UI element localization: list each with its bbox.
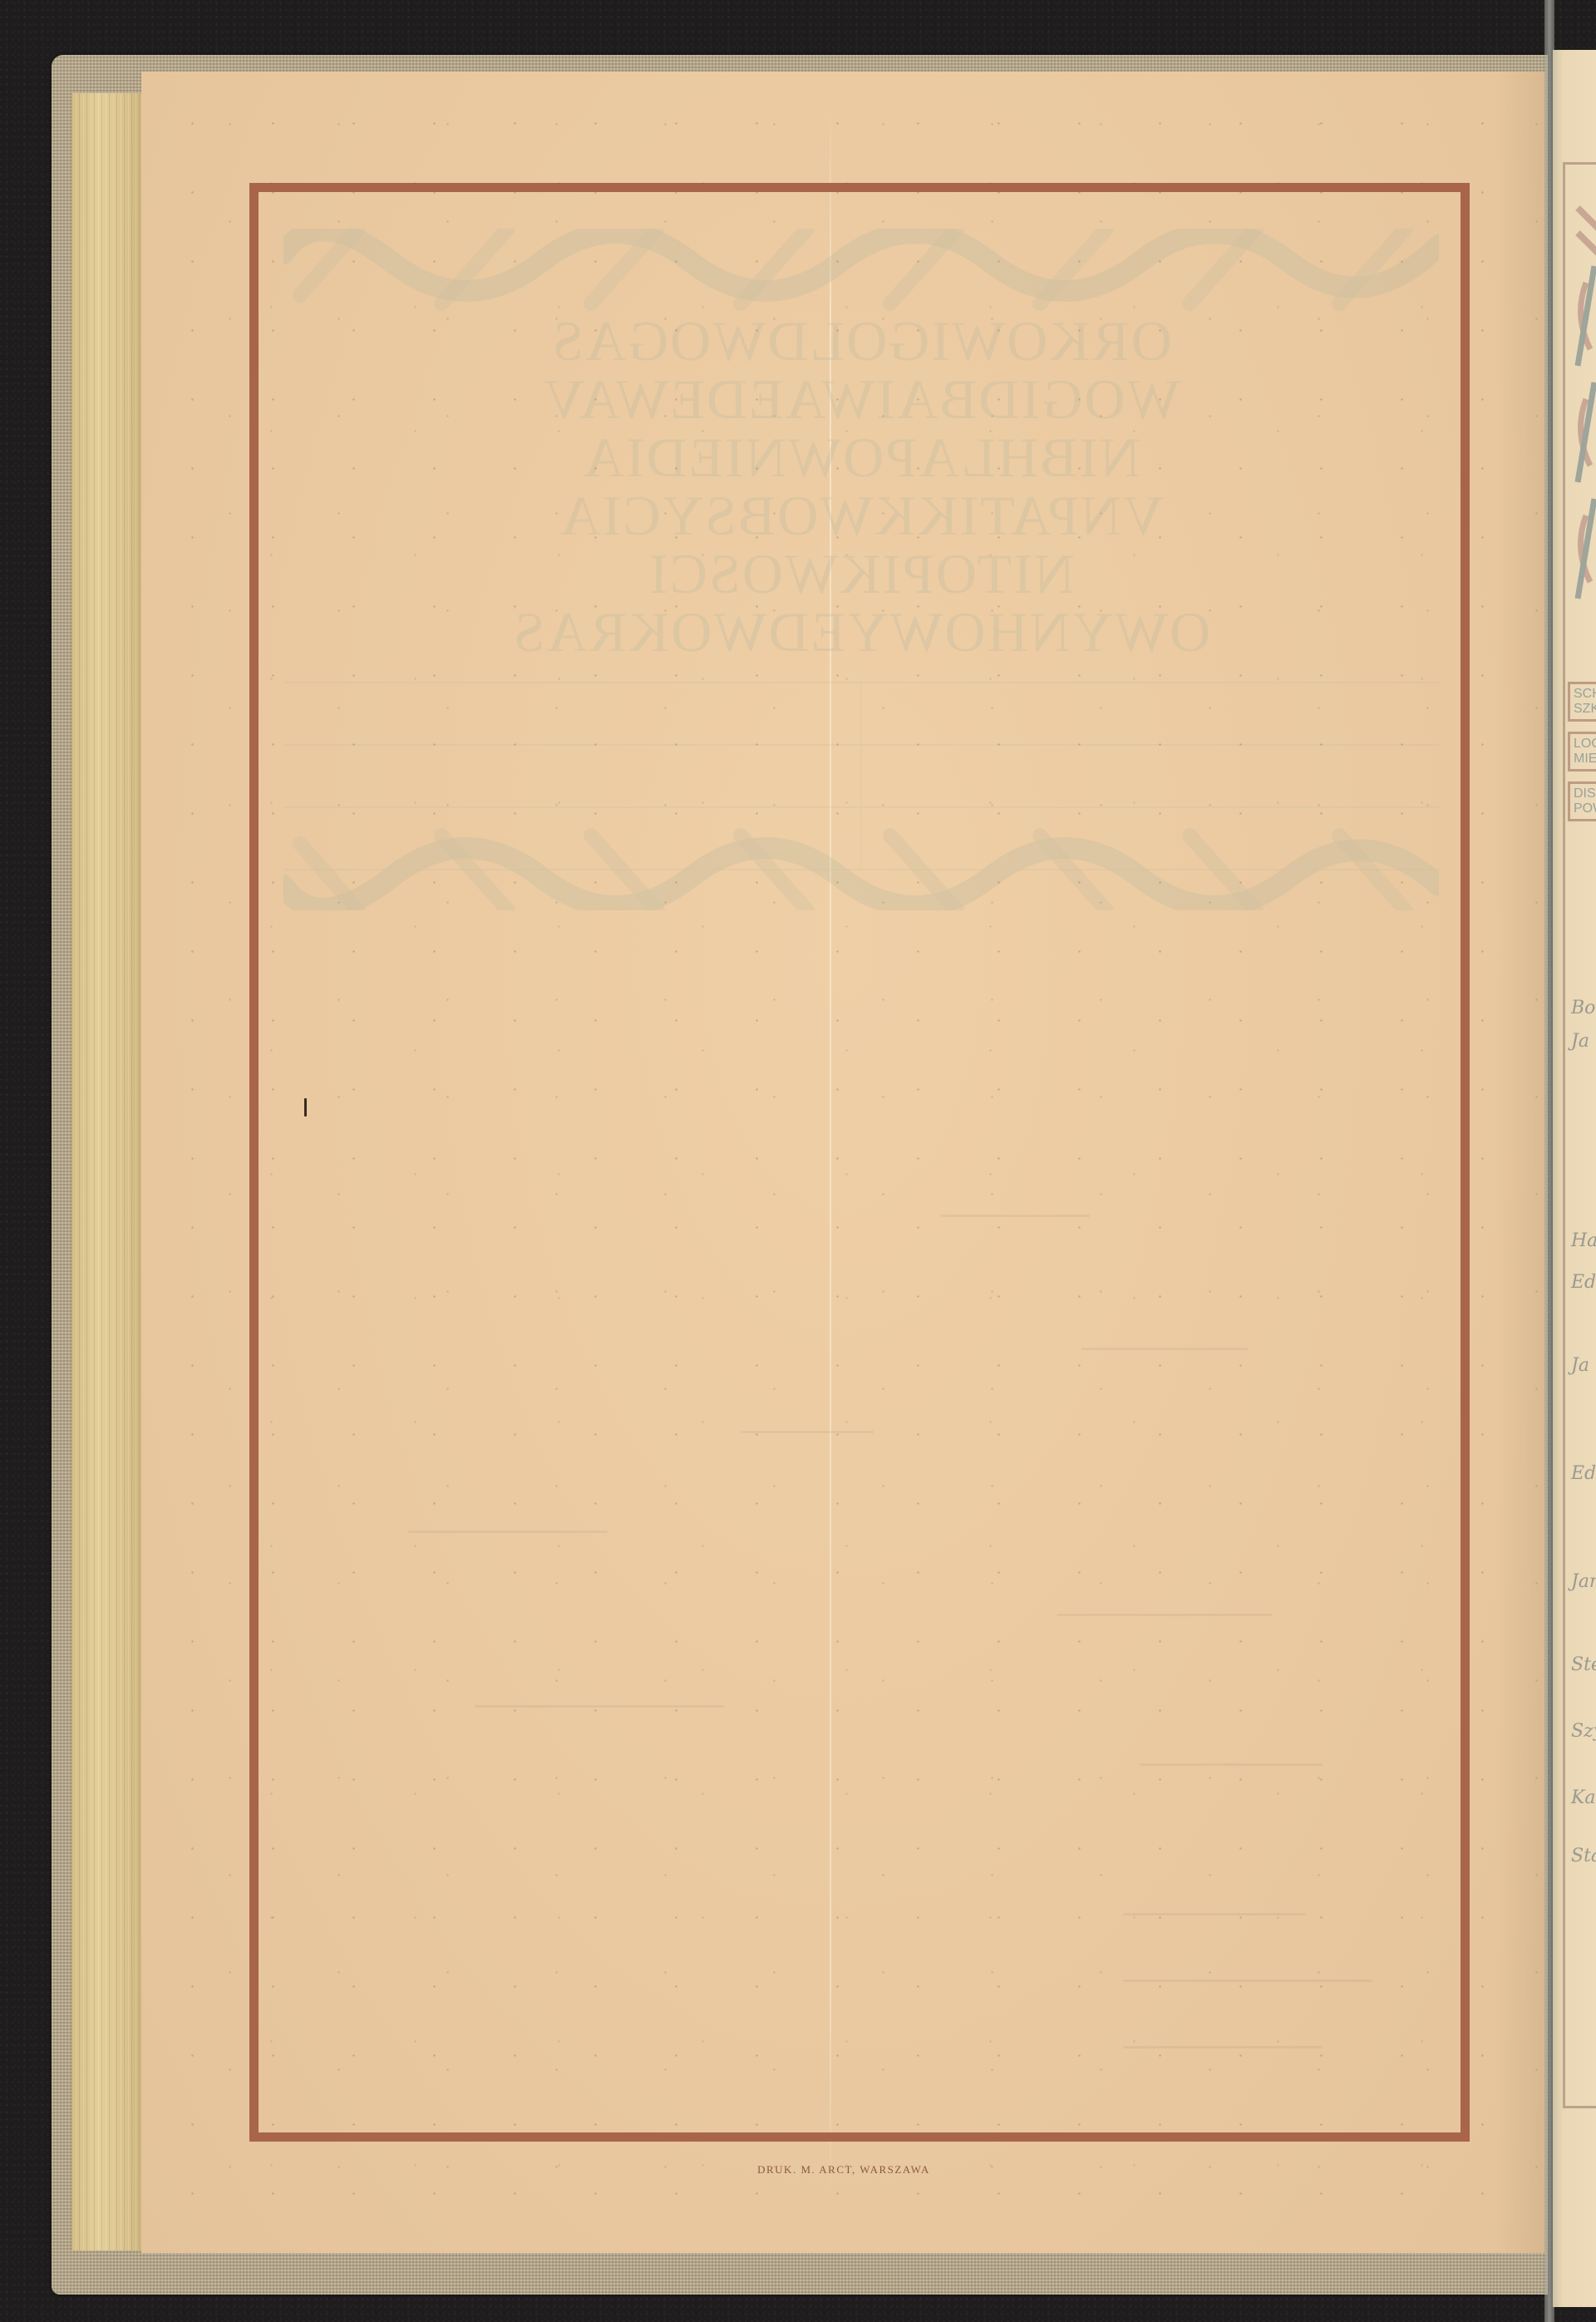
- letter-row: ORKOWIGOLDWOGAS: [342, 312, 1381, 370]
- show-through-table-row: [283, 683, 1439, 746]
- gutter-shadow: [1496, 71, 1546, 2253]
- facing-page-signature: Ja: [1571, 1031, 1589, 1052]
- facing-page-signature: Stan: [1571, 1846, 1596, 1866]
- letter-row: VNPATIKKWOBSYCIA: [342, 486, 1381, 545]
- facing-page-signature: Bol: [1571, 998, 1596, 1018]
- facing-page-label: SCH SZK: [1568, 682, 1596, 722]
- facing-page-signature: Szyn: [1571, 1721, 1596, 1742]
- ink-speck: [304, 1098, 307, 1117]
- facing-page-label: DIST POW: [1568, 781, 1596, 821]
- facing-page-sliver: SCH SZK LOC MIE DIST POW Bol Ja Ham Edw …: [1553, 50, 1596, 2307]
- facing-page-label: LOC MIE: [1568, 732, 1596, 772]
- facing-page-signature: Karin: [1571, 1787, 1596, 1808]
- facing-page-signature: Ja: [1571, 1355, 1589, 1376]
- facing-page-signature: Edw: [1571, 1272, 1596, 1293]
- garland-ornament-top: [283, 229, 1439, 320]
- letter-row: OWYNHOWYEDWOKRAS: [342, 603, 1381, 661]
- gilded-page-edges: [71, 93, 144, 2251]
- red-border-frame: ORKOWIGOLDWOGAS WOGIDBAIWAEDEWAV NIBHLAP…: [249, 183, 1470, 2142]
- book-page: ORKOWIGOLDWOGAS WOGIDBAIWAEDEWAV NIBHLAP…: [141, 71, 1546, 2253]
- facing-page-signature: Ham: [1571, 1230, 1596, 1251]
- facing-page-ornament: [1569, 183, 1596, 673]
- printer-imprint: DRUK. M. ARCT, WARSZAWA: [141, 2163, 1546, 2177]
- reverse-side-show-through: ORKOWIGOLDWOGAS WOGIDBAIWAEDEWAV NIBHLAP…: [283, 229, 1439, 919]
- facing-page-signature: Stefa: [1571, 1654, 1596, 1675]
- facing-page-signature: Jan: [1571, 1571, 1596, 1592]
- letter-row: WOGIDBAIWAEDEWAV: [342, 370, 1381, 428]
- show-through-table-row: [283, 746, 1439, 808]
- letter-row: NITOPIKWOSCI: [342, 545, 1381, 603]
- letter-row: NIBHLAPOWNIEDIA: [342, 428, 1381, 486]
- show-through-letter-rows: ORKOWIGOLDWOGAS WOGIDBAIWAEDEWAV NIBHLAP…: [342, 312, 1381, 661]
- facing-page-signature: Edw: [1571, 1463, 1596, 1484]
- reverse-side-handwriting: [308, 1181, 1431, 2112]
- garland-ornament-bottom: [283, 819, 1439, 910]
